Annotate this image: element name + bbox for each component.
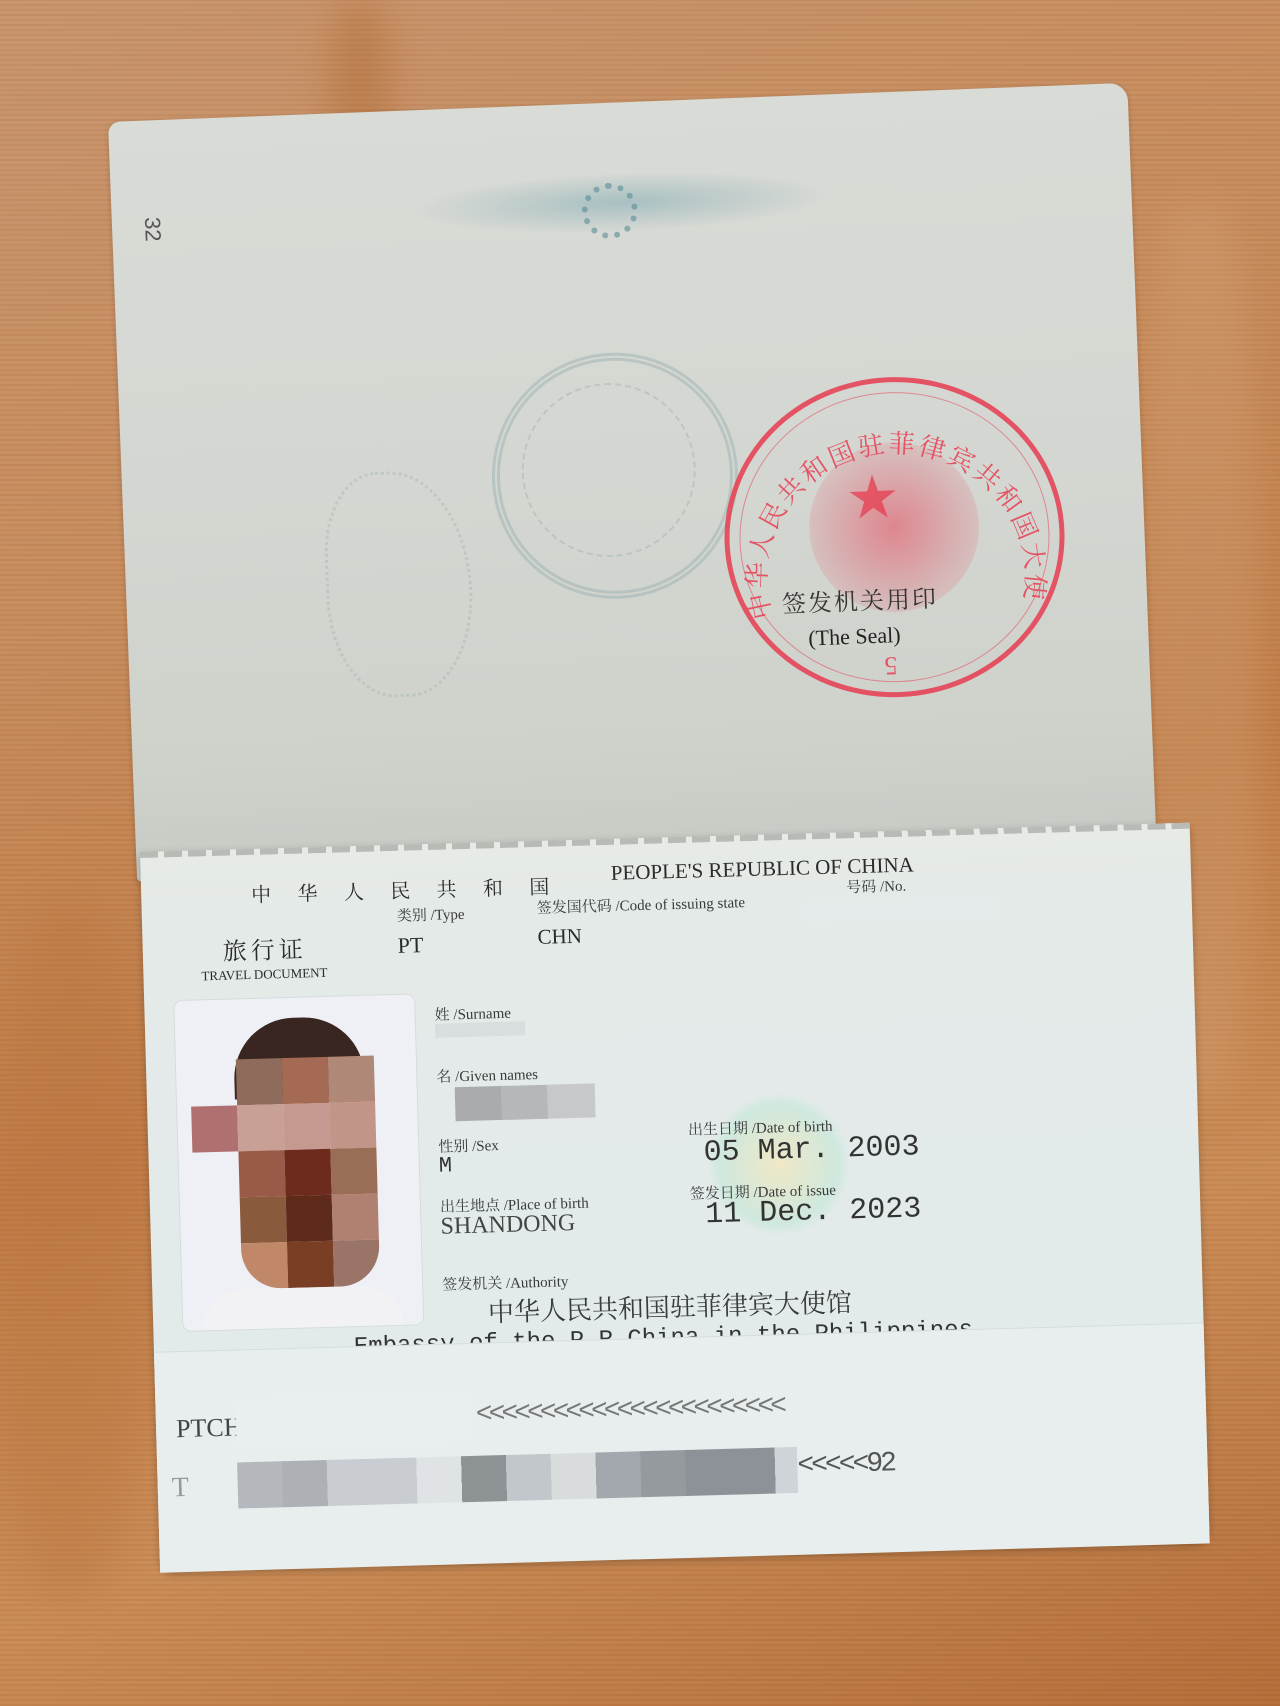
seal-label-cn: 签发机关用印: [781, 579, 938, 620]
page-number: 32: [139, 217, 166, 242]
type-value: PT: [397, 932, 423, 959]
given-names-value-redacted: [455, 1083, 596, 1121]
mrz-line2-redacted: [237, 1447, 798, 1509]
dragon-watermark: [322, 468, 477, 699]
surname-value-redacted: [435, 1021, 525, 1038]
mrz-line1-redacted: [235, 1394, 466, 1446]
given-names-label: 名 /Given names: [436, 1063, 538, 1087]
place-of-birth-value: SHANDONG: [440, 1210, 575, 1241]
issuing-state-value: CHN: [537, 924, 582, 950]
seal-number: 5: [884, 650, 898, 680]
holder-photo: [174, 994, 423, 1331]
doc-title-cn: 旅行证: [222, 929, 307, 966]
machine-readable-zone: PTCH <<<<<<<<<<<<<<<<<<<<<<<< T <<<<<92: [154, 1322, 1210, 1572]
mrz-line2-start: T: [171, 1472, 189, 1504]
date-of-issue-value: 11 Dec. 2023: [705, 1192, 922, 1232]
mrz-line1-fill: <<<<<<<<<<<<<<<<<<<<<<<<: [475, 1391, 783, 1431]
doc-title-en: TRAVEL DOCUMENT: [201, 965, 327, 985]
sex-value: M: [439, 1153, 453, 1178]
type-label: 类别 /Type: [397, 903, 465, 926]
number-label: 号码 /No.: [846, 875, 907, 898]
embassy-seal-stamp: ★ 中华人民共和国驻菲律宾共和国大使馆 签发机关用印 (The Seal) 5: [718, 371, 1070, 704]
date-of-birth-value: 05 Mar. 2003: [703, 1130, 920, 1170]
upper-page: 32 ★ 中华人民共和国驻菲律宾共和国大使馆 签发机关用印 (The Seal)…: [108, 83, 1156, 882]
mrz-line1-start: PTCH: [176, 1412, 243, 1444]
data-page: 中 华 人 民 共 和 国 PEOPLE'S REPUBLIC OF CHINA…: [140, 823, 1210, 1572]
country-name-cn: 中 华 人 民 共 和 国: [251, 870, 560, 908]
number-value-redacted: [802, 896, 1003, 924]
seal-label-en: (The Seal): [808, 622, 901, 652]
issuing-state-label: 签发国代码 /Code of issuing state: [536, 891, 745, 918]
mrz-line2-end: <<<<<92: [797, 1448, 894, 1482]
wood-streak: [0, 900, 140, 1600]
